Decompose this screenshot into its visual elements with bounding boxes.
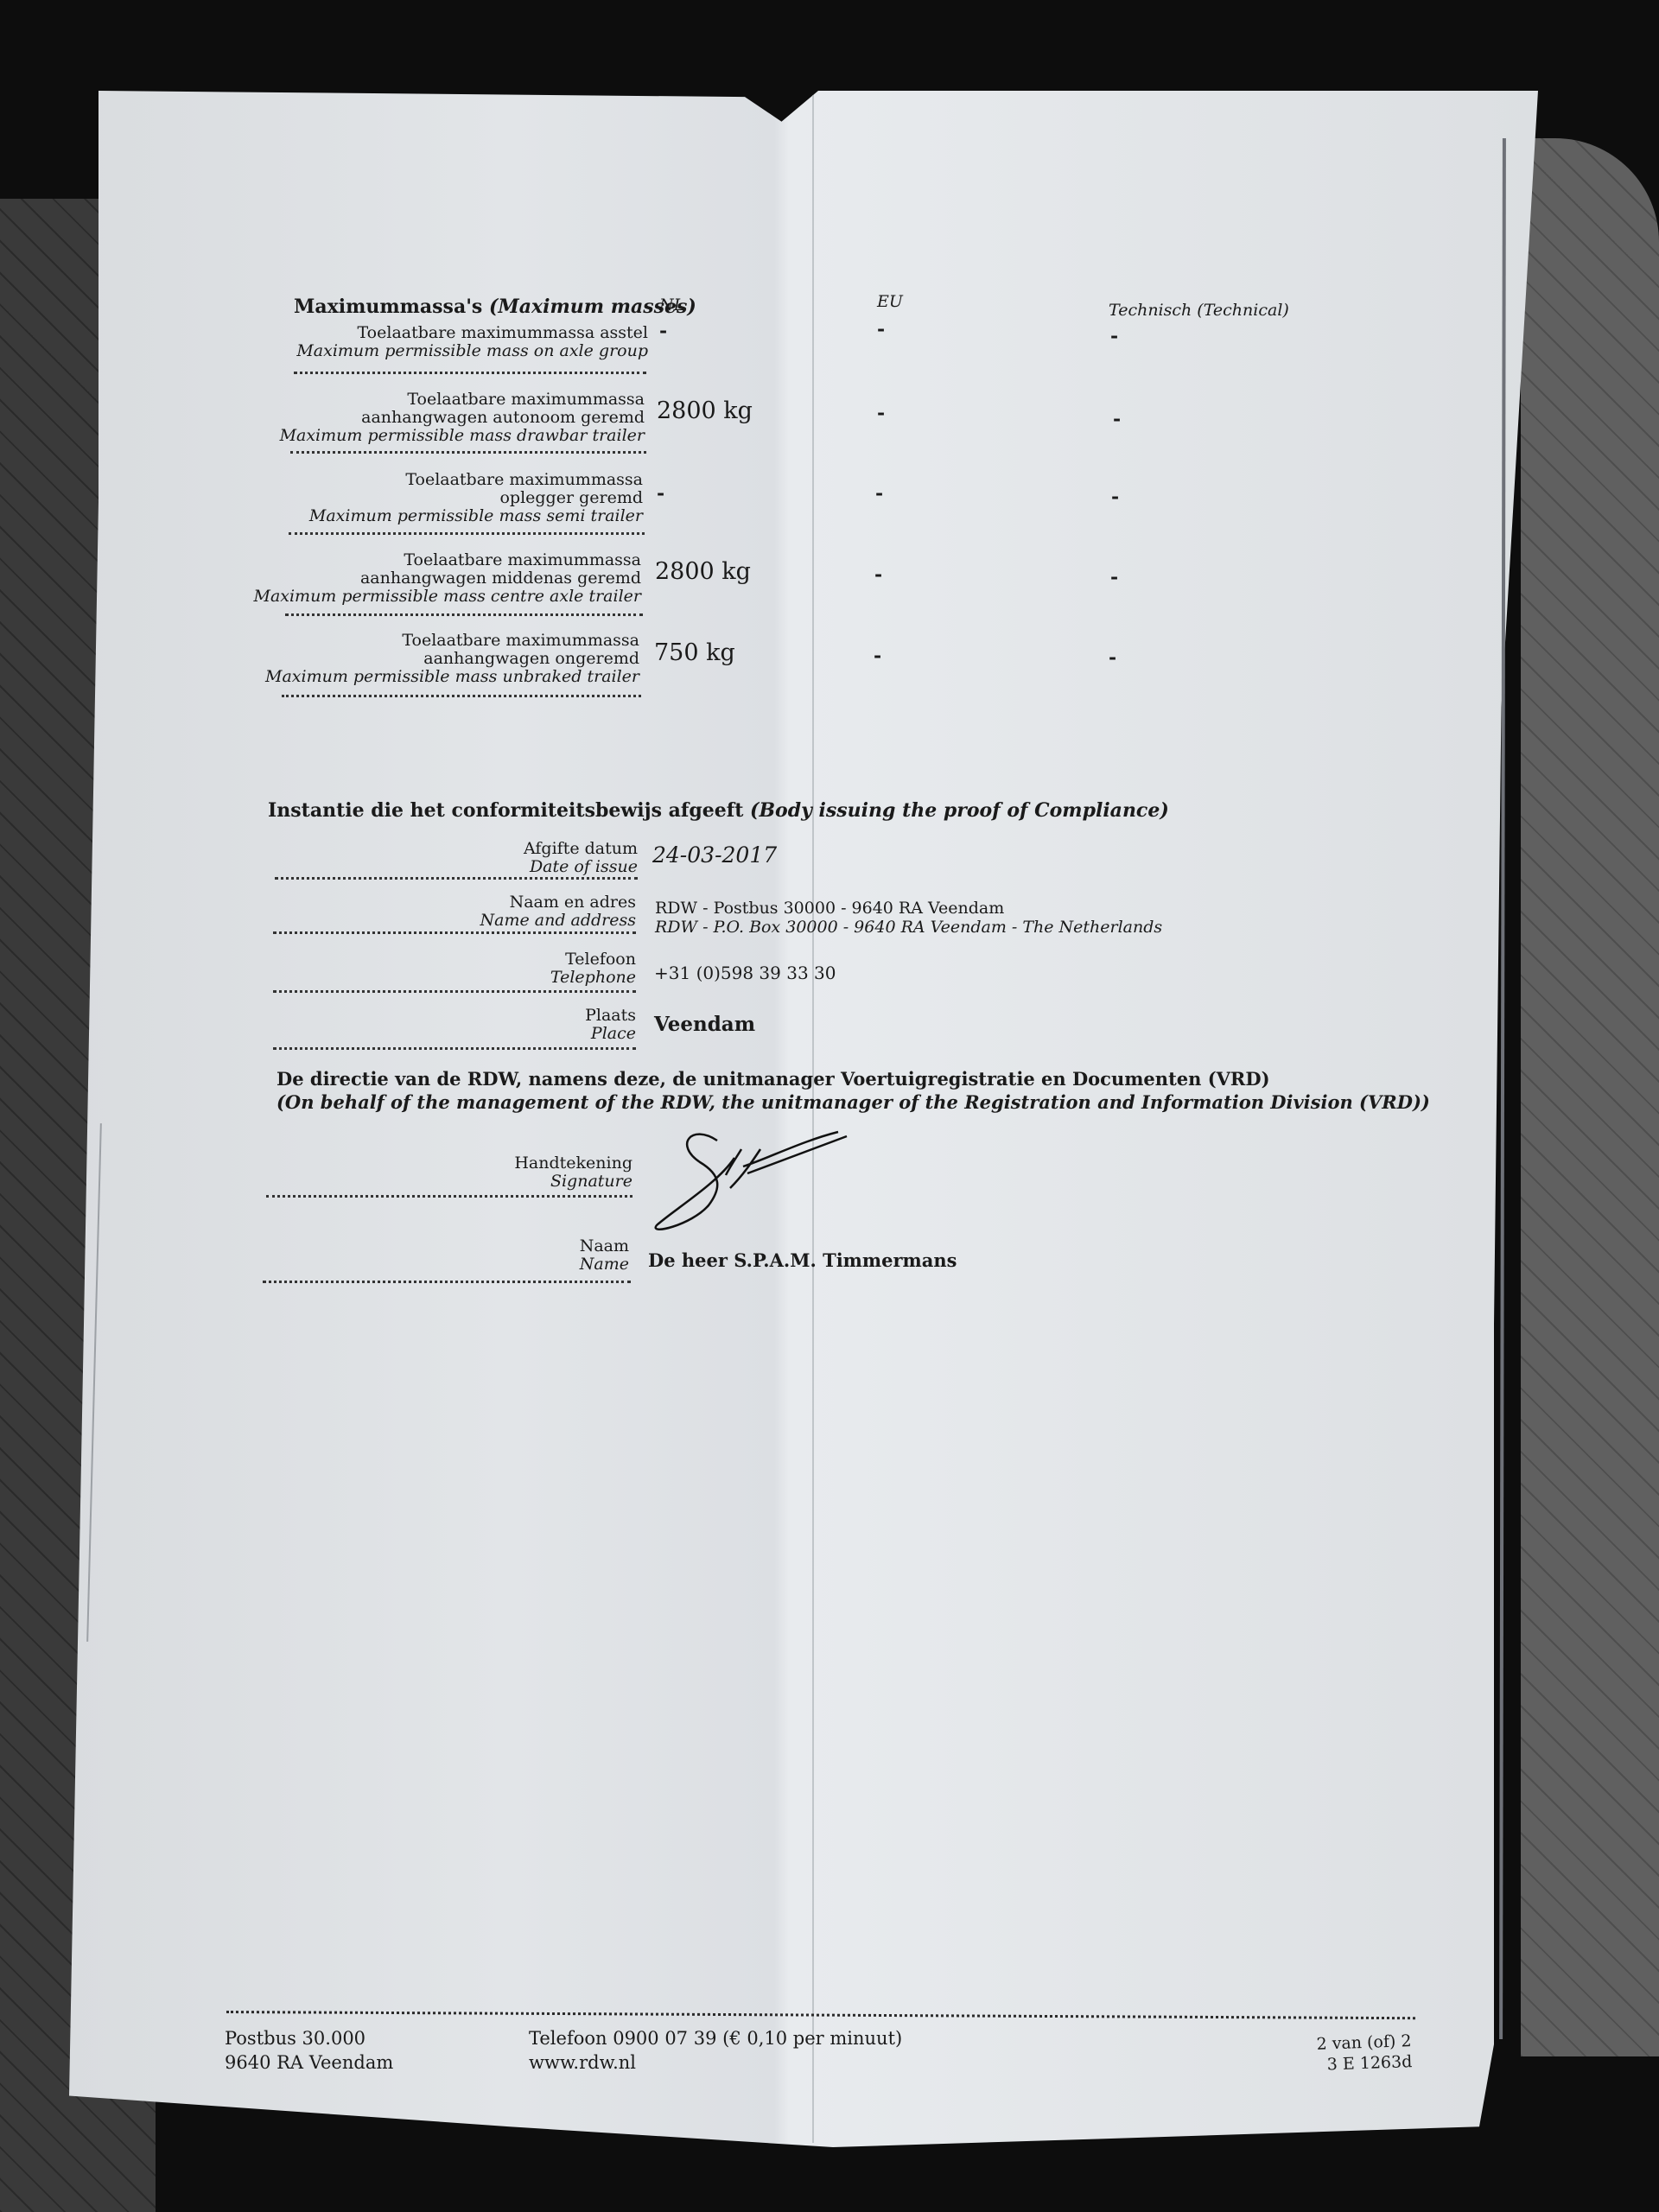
label-en: Maximum permissible mass centre axle tra… (253, 588, 641, 606)
document-code: 3 E 1263d (1317, 2051, 1413, 2075)
signatory-name: De heer S.P.A.M. Timmermans (648, 1249, 957, 1271)
label-nl: Afgifte datum (524, 840, 638, 858)
label-en: Place (585, 1025, 636, 1043)
paper-fold (812, 95, 814, 2143)
address-label: Naam en adres Name and address (480, 893, 637, 930)
footer-postbus: Postbus 30.000 (225, 2026, 393, 2050)
value-technical: - (1110, 566, 1118, 588)
value-eu: - (874, 563, 882, 586)
issuer-title-en: (Body issuing the proof of Compliance) (750, 799, 1169, 822)
masses-title: Maximummassa's (Maximum masses) (294, 296, 696, 318)
footer-address: Postbus 30.000 9640 RA Veendam (225, 2026, 393, 2075)
value-eu: - (877, 318, 885, 340)
row-divider (266, 1195, 632, 1198)
management-nl: De directie van de RDW, namens deze, de … (276, 1067, 1430, 1090)
label-nl: Naam en adres (480, 893, 637, 912)
label-nl: aanhangwagen autonoom geremd (280, 409, 645, 427)
label-nl: Plaats (585, 1007, 636, 1025)
row-divider (282, 695, 641, 697)
value-nl: 750 kg (654, 639, 735, 666)
label-nl: Toelaatbare maximummassa (280, 391, 645, 409)
footer-city: 9640 RA Veendam (225, 2050, 393, 2075)
phone-value: +31 (0)598 39 33 30 (654, 963, 836, 983)
value-eu: - (877, 402, 885, 424)
value-eu: - (874, 645, 881, 667)
mass-row-label: Toelaatbare maximummassa aanhangwagen on… (265, 632, 639, 686)
masses-title-nl: Maximummassa's (294, 296, 482, 318)
issuer-title-nl: Instantie die het conformiteitsbewijs af… (268, 799, 743, 822)
footer-phone: Telefoon 0900 07 39 (€ 0,10 per minuut) (529, 2026, 902, 2050)
row-divider (273, 990, 636, 993)
footer-contact: Telefoon 0900 07 39 (€ 0,10 per minuut) … (529, 2026, 902, 2075)
row-divider (294, 372, 646, 374)
issuer-title: Instantie die het conformiteitsbewijs af… (268, 799, 1169, 822)
row-divider (275, 877, 638, 880)
label-en: Maximum permissible mass unbraked traile… (265, 668, 639, 686)
management-en: (On behalf of the management of the RDW,… (276, 1090, 1430, 1114)
label-nl: aanhangwagen middenas geremd (253, 569, 641, 588)
mass-row-label: Toelaatbare maximummassa oplegger geremd… (309, 471, 643, 525)
label-nl: Toelaatbare maximummassa (253, 551, 641, 569)
address-en: RDW - P.O. Box 30000 - 9640 RA Veendam -… (655, 918, 1162, 937)
label-nl: oplegger geremd (309, 489, 643, 507)
column-technical: Technisch (Technical) (1109, 301, 1289, 320)
signature-image (639, 1123, 864, 1236)
row-divider (285, 613, 643, 616)
value-nl: 2800 kg (655, 558, 751, 585)
label-en: Telephone (550, 969, 636, 987)
value-technical: - (1110, 325, 1118, 347)
signature-label: Handtekening Signature (514, 1154, 632, 1191)
label-en: Maximum permissible mass on axle group (296, 342, 648, 360)
row-divider (289, 532, 645, 535)
label-nl: Toelaatbare maximummassa (309, 471, 643, 489)
label-en: Maximum permissible mass semi trailer (309, 507, 643, 525)
label-nl: Naam (580, 1237, 629, 1255)
management-statement: De directie van de RDW, namens deze, de … (276, 1067, 1430, 1114)
label-nl: Telefoon (550, 950, 636, 969)
value-nl: 2800 kg (657, 397, 753, 424)
value-nl: - (659, 320, 667, 342)
address-value: RDW - Postbus 30000 - 9640 RA Veendam RD… (655, 899, 1162, 937)
place-value: Veendam (654, 1013, 755, 1036)
row-divider (263, 1281, 631, 1283)
value-nl: - (657, 482, 664, 505)
label-nl: aanhangwagen ongeremd (265, 650, 639, 668)
label-nl: Toelaatbare maximummassa asstel (296, 324, 648, 342)
label-nl: Handtekening (514, 1154, 632, 1173)
car-seat-right (1521, 138, 1659, 2056)
name-label: Naam Name (580, 1237, 629, 1274)
column-eu: EU (877, 292, 903, 311)
label-en: Signature (514, 1173, 632, 1191)
mass-row-label: Toelaatbare maximummassa asstel Maximum … (296, 324, 648, 360)
label-en: Name (580, 1255, 629, 1274)
footer-website-link[interactable]: www.rdw.nl (529, 2050, 902, 2075)
label-en: Date of issue (524, 858, 638, 876)
footer-page-info: 2 van (of) 2 3 E 1263d (1316, 2031, 1412, 2075)
value-eu: - (875, 482, 883, 505)
label-en: Maximum permissible mass drawbar trailer (280, 427, 645, 445)
label-nl: Toelaatbare maximummassa (265, 632, 639, 650)
issue-date: 24-03-2017 (652, 842, 777, 868)
address-nl: RDW - Postbus 30000 - 9640 RA Veendam (655, 899, 1162, 918)
date-label: Afgifte datum Date of issue (524, 840, 638, 876)
value-technical: - (1113, 408, 1121, 430)
place-label: Plaats Place (585, 1007, 636, 1043)
row-divider (290, 451, 646, 454)
mass-row-label: Toelaatbare maximummassa aanhangwagen mi… (253, 551, 641, 606)
value-technical: - (1111, 486, 1119, 508)
value-technical: - (1109, 646, 1116, 669)
row-divider (273, 931, 636, 934)
phone-label: Telefoon Telephone (550, 950, 636, 987)
label-en: Name and address (480, 912, 637, 930)
row-divider (273, 1047, 636, 1050)
column-nl: NL (659, 296, 684, 315)
mass-row-label: Toelaatbare maximummassa aanhangwagen au… (280, 391, 645, 445)
